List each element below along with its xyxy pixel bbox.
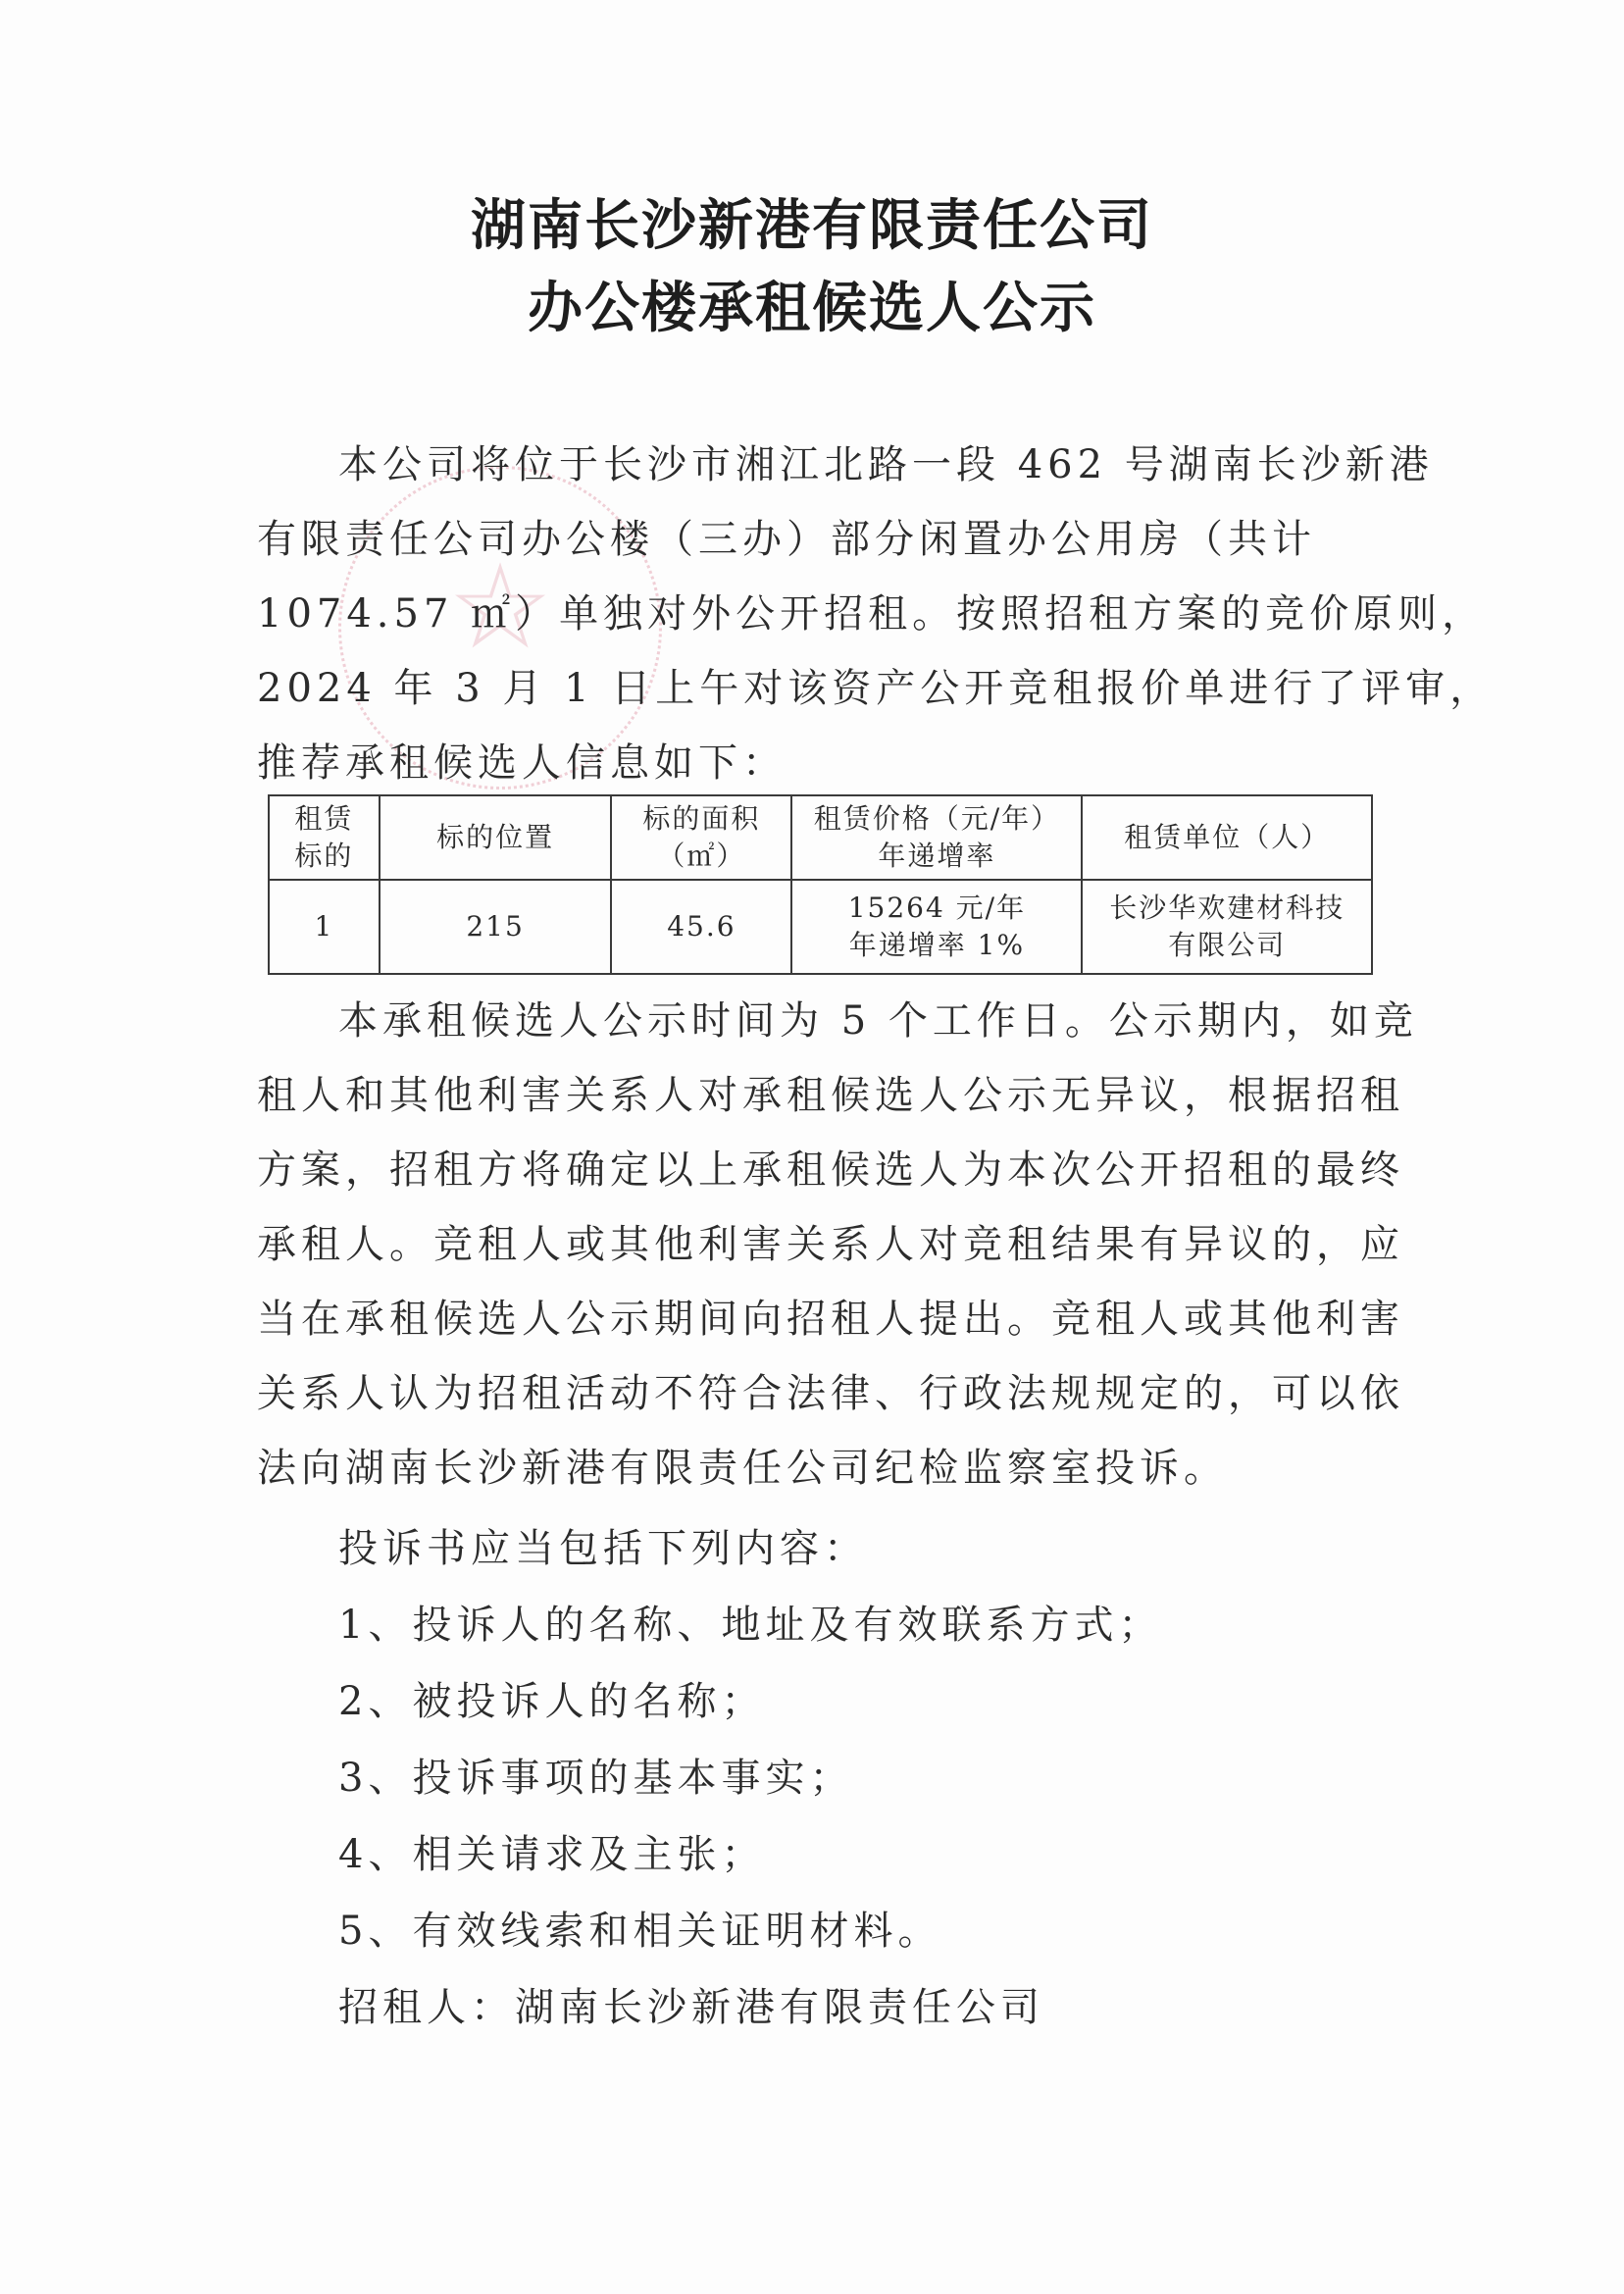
complaint-item: 4、相关请求及主张； <box>338 1831 1466 1878</box>
table-row: 1 215 45.6 15264 元/年 年递增率 1% 长沙华欢建材科技 有限… <box>269 880 1372 974</box>
cell-lot: 1 <box>269 880 380 974</box>
notice-line: 本承租候选人公示时间为 5 个工作日。公示期内，如竞 <box>338 997 1466 1045</box>
intro-line: 有限责任公司办公楼（三办）部分闲置办公用房（共计 <box>257 516 1385 563</box>
notice-line: 当在承租候选人公示期间向招租人提出。竞租人或其他利害 <box>257 1296 1385 1343</box>
document-title-line1: 湖南长沙新港有限责任公司 <box>0 182 1624 261</box>
header-tenant: 租赁单位（人） <box>1082 795 1372 880</box>
header-area: 标的面积 （㎡） <box>611 795 791 880</box>
notice-line: 法向湖南长沙新港有限责任公司纪检监察室投诉。 <box>257 1445 1385 1492</box>
cell-area: 45.6 <box>611 880 791 974</box>
candidate-table: 租赁 标的 标的位置 标的面积 （㎡） 租赁价格（元/年） 年递增率 租赁单位（… <box>268 794 1373 975</box>
header-price: 租赁价格（元/年） 年递增率 <box>791 795 1082 880</box>
header-location: 标的位置 <box>380 795 612 880</box>
complaint-item: 2、被投诉人的名称； <box>338 1678 1466 1725</box>
notice-line: 租人和其他利害关系人对承租候选人公示无异议，根据招租 <box>257 1072 1385 1119</box>
intro-line: 推荐承租候选人信息如下： <box>257 739 1385 787</box>
document-title-line2: 办公楼承租候选人公示 <box>0 265 1624 343</box>
lessor-signature: 招租人：湖南长沙新港有限责任公司 <box>338 1984 1466 2031</box>
header-lot: 租赁 标的 <box>269 795 380 880</box>
table-header-row: 租赁 标的 标的位置 标的面积 （㎡） 租赁价格（元/年） 年递增率 租赁单位（… <box>269 795 1372 880</box>
complaint-intro: 投诉书应当包括下列内容： <box>338 1525 1466 1572</box>
intro-line: 1074.57 ㎡）单独对外公开招租。按照招租方案的竞价原则， <box>257 590 1385 637</box>
intro-line: 2024 年 3 月 1 日上午对该资产公开竞租报价单进行了评审， <box>257 665 1385 712</box>
cell-location: 215 <box>380 880 612 974</box>
complaint-item: 3、投诉事项的基本事实； <box>338 1755 1466 1802</box>
intro-line: 本公司将位于长沙市湘江北路一段 462 号湖南长沙新港 <box>338 441 1466 488</box>
cell-price: 15264 元/年 年递增率 1% <box>791 880 1082 974</box>
notice-line: 方案，招租方将确定以上承租候选人为本次公开招租的最终 <box>257 1147 1385 1194</box>
complaint-item: 1、投诉人的名称、地址及有效联系方式； <box>338 1602 1466 1649</box>
complaint-item: 5、有效线索和相关证明材料。 <box>338 1908 1466 1955</box>
notice-line: 承租人。竞租人或其他利害关系人对竞租结果有异议的，应 <box>257 1221 1385 1268</box>
cell-tenant: 长沙华欢建材科技 有限公司 <box>1082 880 1372 974</box>
notice-line: 关系人认为招租活动不符合法律、行政法规规定的，可以依 <box>257 1370 1385 1417</box>
document-page: ☆ 湖南长沙新港有限责任公司 办公楼承租候选人公示 本公司将位于长沙市湘江北路一… <box>0 0 1624 2294</box>
